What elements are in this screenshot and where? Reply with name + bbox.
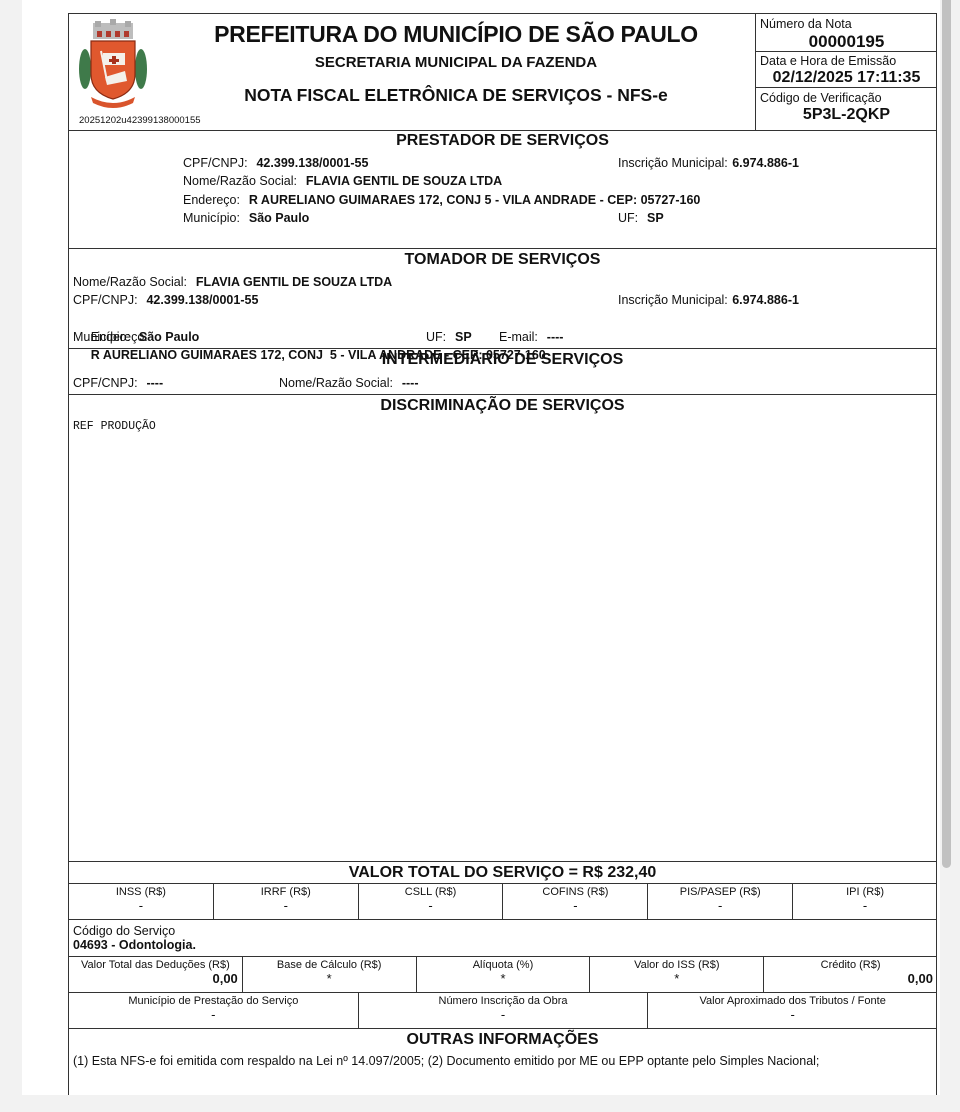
calculo-cell: Alíquota (%)* (416, 956, 590, 992)
extra-row: Município de Prestação do Serviço-Número… (69, 992, 937, 1028)
prestador-uf: UF: SP (618, 209, 664, 227)
extra-label: Valor Aproximado dos Tributos / Fonte (648, 992, 937, 1007)
calculo-label: Base de Cálculo (R$) (243, 956, 416, 971)
calculo-label: Crédito (R$) (764, 956, 937, 971)
tomador-nome: Nome/Razão Social: FLAVIA GENTIL DE SOUZ… (73, 273, 392, 291)
calculo-cell: Crédito (R$)0,00 (763, 956, 937, 992)
calculo-cell: Base de Cálculo (R$)* (242, 956, 416, 992)
retencao-value: - (69, 898, 213, 913)
prestador-heading: PRESTADOR DE SERVIÇOS (69, 132, 936, 150)
calculo-value: * (417, 971, 590, 986)
codigo-servico-label: Código do Serviço (73, 924, 175, 938)
retencao-label: COFINS (R$) (503, 883, 647, 898)
emissao-label: Data e Hora de Emissão (760, 54, 896, 68)
calculo-row: Valor Total das Deduções (R$)0,00Base de… (69, 956, 937, 992)
retencao-cell: INSS (R$)- (69, 883, 213, 919)
discriminacao-text: REF PRODUÇÃO (73, 420, 156, 433)
emissao-value: 02/12/2025 17:11:35 (755, 69, 938, 87)
calculo-value: * (243, 971, 416, 986)
tomador-municipio: Município: São Paulo (73, 328, 199, 346)
outras-heading: OUTRAS INFORMAÇÕES (69, 1031, 936, 1049)
calculo-label: Valor do ISS (R$) (590, 956, 763, 971)
extra-label: Número Inscrição da Obra (359, 992, 648, 1007)
intermediario-heading: INTERMEDIÁRIO DE SERVIÇOS (69, 351, 936, 369)
numero-value: 00000195 (755, 32, 938, 52)
codigo-servico-value: 04693 - Odontologia. (73, 938, 196, 952)
numero-label: Número da Nota (760, 17, 852, 31)
codigo-value: 5P3L-2QKP (755, 106, 938, 124)
prestador-im: Inscrição Municipal: 6.974.886-1 (618, 154, 799, 172)
calculo-value: * (590, 971, 763, 986)
page-title: PREFEITURA DO MUNICÍPIO DE SÃO PAULO (159, 21, 753, 48)
retencao-label: PIS/PASEP (R$) (648, 883, 792, 898)
barcode-text: 20251202u42399138000155 (79, 115, 201, 126)
calculo-cell: Valor Total das Deduções (R$)0,00 (69, 956, 242, 992)
nfse-document: 20251202u42399138000155 PREFEITURA DO MU… (68, 13, 937, 1095)
prestador-municipio: Município: São Paulo (183, 209, 309, 227)
extra-label: Município de Prestação do Serviço (69, 992, 358, 1007)
retencao-cell: CSLL (R$)- (358, 883, 503, 919)
retencao-cell: IRRF (R$)- (213, 883, 358, 919)
discriminacao-heading: DISCRIMINAÇÃO DE SERVIÇOS (69, 397, 936, 415)
tomador-email: E-mail: ---- (499, 328, 563, 346)
tomador-uf: UF: SP (426, 328, 472, 346)
calculo-label: Alíquota (%) (417, 956, 590, 971)
retencao-value: - (648, 898, 792, 913)
codigo-label: Código de Verificação (760, 91, 882, 105)
extra-cell: Município de Prestação do Serviço- (69, 992, 358, 1028)
retencao-value: - (793, 898, 937, 913)
extra-value: - (69, 1007, 358, 1022)
calculo-value: 0,00 (764, 971, 937, 986)
extra-cell: Valor Aproximado dos Tributos / Fonte- (647, 992, 937, 1028)
retencao-label: CSLL (R$) (359, 883, 503, 898)
coat-of-arms-icon (77, 19, 149, 111)
intermediario-cnpj: CPF/CNPJ: ---- (73, 374, 163, 392)
calculo-cell: Valor do ISS (R$)* (589, 956, 763, 992)
valor-total: VALOR TOTAL DO SERVIÇO = R$ 232,40 (69, 864, 936, 882)
outras-text: (1) Esta NFS-e foi emitida com respaldo … (73, 1054, 819, 1068)
extra-value: - (359, 1007, 648, 1022)
retencao-label: INSS (R$) (69, 883, 213, 898)
retencao-value: - (503, 898, 647, 913)
tomador-heading: TOMADOR DE SERVIÇOS (69, 251, 936, 269)
tomador-cnpj: CPF/CNPJ: 42.399.138/0001-55 (73, 291, 258, 309)
intermediario-nome: Nome/Razão Social: ---- (279, 374, 419, 392)
retencao-value: - (359, 898, 503, 913)
retencao-cell: COFINS (R$)- (502, 883, 647, 919)
retencao-cell: IPI (R$)- (792, 883, 937, 919)
retencao-value: - (214, 898, 358, 913)
calculo-label: Valor Total das Deduções (R$) (69, 956, 242, 971)
document-title: NOTA FISCAL ELETRÔNICA DE SERVIÇOS - NFS… (159, 85, 753, 106)
prestador-nome: Nome/Razão Social: FLAVIA GENTIL DE SOUZ… (183, 172, 502, 190)
scrollbar-thumb[interactable] (942, 0, 951, 868)
prestador-endereco: Endereço: R AURELIANO GUIMARAES 172, CON… (183, 191, 700, 209)
page-subtitle: SECRETARIA MUNICIPAL DA FAZENDA (159, 54, 753, 71)
extra-value: - (648, 1007, 937, 1022)
retencao-label: IPI (R$) (793, 883, 937, 898)
retencao-cell: PIS/PASEP (R$)- (647, 883, 792, 919)
calculo-value: 0,00 (69, 971, 242, 986)
extra-cell: Número Inscrição da Obra- (358, 992, 648, 1028)
retencoes-row: INSS (R$)-IRRF (R$)-CSLL (R$)-COFINS (R$… (69, 883, 937, 919)
prestador-cnpj: CPF/CNPJ: 42.399.138/0001-55 (183, 154, 368, 172)
tomador-endereco: Endereço: R AURELIANO GUIMARAES 172, CON… (73, 310, 546, 382)
tomador-im: Inscrição Municipal: 6.974.886-1 (618, 291, 799, 309)
retencao-label: IRRF (R$) (214, 883, 358, 898)
